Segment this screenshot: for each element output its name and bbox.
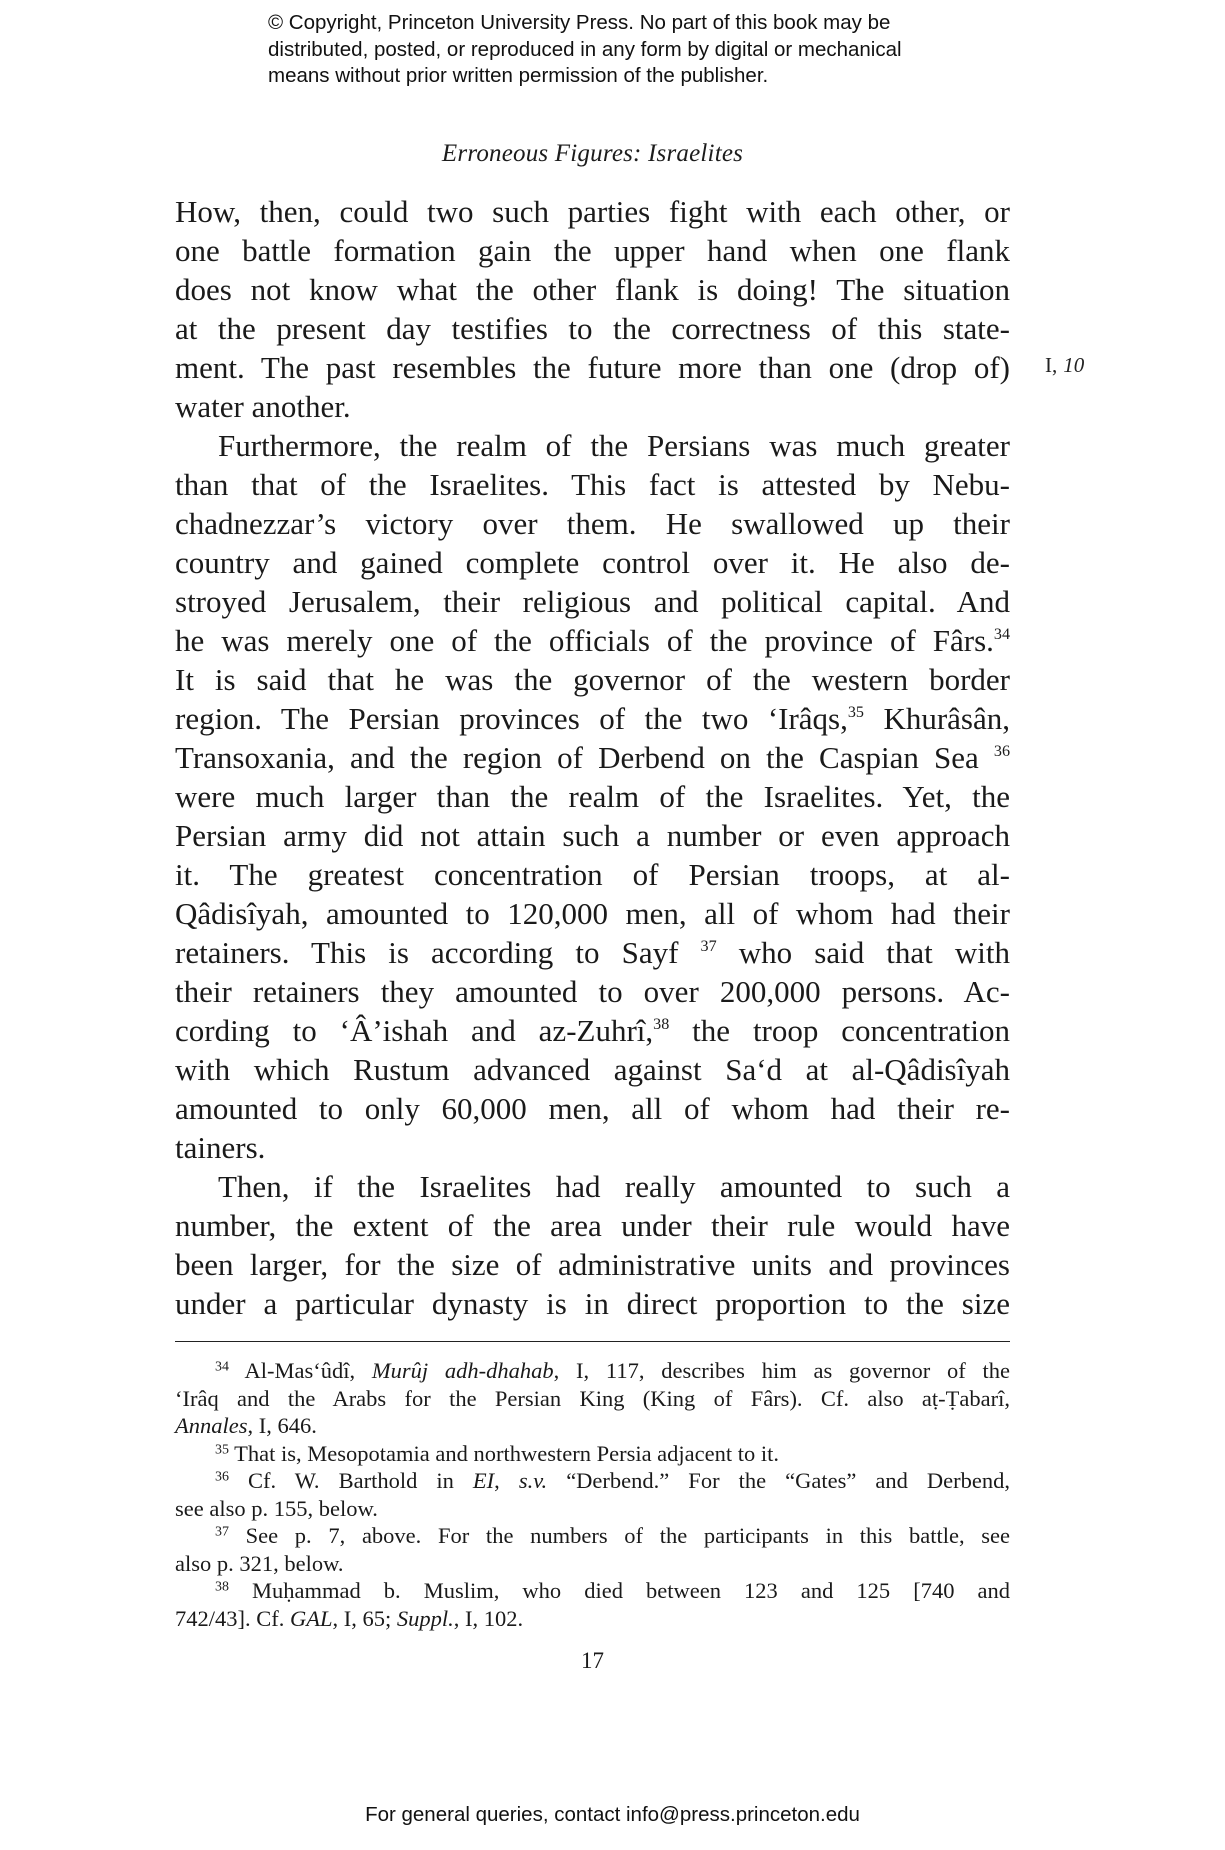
footnote-title-italic: Murûj adh-dhahab: [372, 1358, 554, 1383]
footnote-text: That is, Mesopotamia and northwestern Pe…: [229, 1441, 779, 1466]
body-line: does not know what the other flank is do…: [175, 270, 1010, 309]
footnote-line: also p. 321, below.: [175, 1550, 1010, 1578]
footnote-line: 742/43]. Cf. GAL, I, 65; Suppl., I, 102.: [175, 1605, 1010, 1633]
footnote-abbrev-italic: s.v.: [519, 1468, 547, 1493]
copyright-line: distributed, posted, or reproduced in an…: [268, 37, 988, 64]
footnote-ref-36[interactable]: 36: [994, 743, 1010, 760]
footnote-title-italic: Suppl.: [397, 1606, 454, 1631]
copyright-line: means without prior written permission o…: [268, 63, 988, 90]
footnote-text: , I, 65;: [333, 1606, 397, 1631]
footnote-text: 742/43]. Cf.: [175, 1606, 290, 1631]
body-line: It is said that he was the governor of t…: [175, 660, 1010, 699]
body-line-text: retainers. This is according to Sayf: [175, 935, 701, 970]
footnote-text: ,: [494, 1468, 519, 1493]
footnote-text: “Derbend.” For the “Gates” and Derbend,: [547, 1468, 1010, 1493]
body-line: tainers.: [175, 1128, 1010, 1167]
body-line: he was merely one of the officials of th…: [175, 621, 1010, 660]
body-line: country and gained complete control over…: [175, 543, 1010, 582]
margin-note-volume: I,: [1045, 353, 1057, 377]
body-line: their retainers they amounted to over 20…: [175, 972, 1010, 1011]
body-line-text: region. The Persian provinces of the two…: [175, 701, 848, 736]
body-line: at the present day testifies to the corr…: [175, 309, 1010, 348]
page-number: 17: [175, 1648, 1010, 1674]
copyright-notice: © Copyright, Princeton University Press.…: [268, 10, 988, 90]
body-line: than that of the Israelites. This fact i…: [175, 465, 1010, 504]
margin-note-reference: I,10: [1045, 353, 1084, 378]
body-line: cording to ‘Â’ishah and az-Zuhrî,38 the …: [175, 1011, 1010, 1050]
footnote-line: Annales, I, 646.: [175, 1412, 1010, 1440]
footnote-title-italic: GAL: [290, 1606, 333, 1631]
footnote-number: 35: [215, 1442, 229, 1457]
body-line-text: who said that with: [717, 935, 1010, 970]
body-line: Transoxania, and the region of Derbend o…: [175, 738, 1010, 777]
contact-footer-text: For general queries, contact info@press.…: [365, 1803, 860, 1826]
footnote-34: 34 Al-Mas‘ûdî, Murûj adh-dhahab, I, 117,…: [175, 1357, 1010, 1385]
footnote-38: 38 Muḥammad b. Muslim, who died between …: [175, 1577, 1010, 1605]
body-line: it. The greatest concentration of Persia…: [175, 855, 1010, 894]
running-head: Erroneous Figures: Israelites: [175, 140, 1010, 168]
footnotes: 34 Al-Mas‘ûdî, Murûj adh-dhahab, I, 117,…: [175, 1357, 1010, 1632]
margin-note-page: 10: [1063, 353, 1084, 377]
body-line-text: Transoxania, and the region of Derbend o…: [175, 740, 994, 775]
footnote-36: 36 Cf. W. Barthold in EI, s.v. “Derbend.…: [175, 1467, 1010, 1495]
footnote-number: 34: [215, 1359, 229, 1374]
body-line: Qâdisîyah, amounted to 120,000 men, all …: [175, 894, 1010, 933]
body-line-text: he was merely one of the officials of th…: [175, 623, 994, 658]
footnote-text: Muḥammad b. Muslim, who died between 123…: [229, 1578, 1010, 1603]
contact-footer: For general queries, contact info@press.…: [0, 1803, 1225, 1827]
body-line: with which Rustum advanced against Sa‘d …: [175, 1050, 1010, 1089]
body-line: amounted to only 60,000 men, all of whom…: [175, 1089, 1010, 1128]
body-line: were much larger than the realm of the I…: [175, 777, 1010, 816]
body-line-text: cording to ‘Â’ishah and az-Zuhrî,: [175, 1013, 653, 1048]
footnote-title-italic: Annales: [175, 1413, 248, 1438]
copyright-line: © Copyright, Princeton University Press.…: [268, 10, 988, 37]
footnote-ref-35[interactable]: 35: [848, 704, 864, 721]
body-line: Then, if the Israelites had really amoun…: [175, 1167, 1010, 1206]
footnote-ref-37[interactable]: 37: [701, 938, 717, 955]
body-line: Persian army did not attain such a numbe…: [175, 816, 1010, 855]
body-line: number, the extent of the area under the…: [175, 1206, 1010, 1245]
footnote-ref-34[interactable]: 34: [994, 626, 1010, 643]
body-text: How, then, could two such parties fight …: [175, 192, 1010, 1323]
body-line-text: Khurâsân,: [864, 701, 1010, 736]
body-line-text: the troop concentration: [669, 1013, 1010, 1048]
body-line: under a particular dynasty is in direct …: [175, 1284, 1010, 1323]
body-line: Furthermore, the realm of the Persians w…: [175, 426, 1010, 465]
footnote-number: 36: [215, 1469, 229, 1484]
footnote-number: 38: [215, 1579, 229, 1594]
body-line: been larger, for the size of administrat…: [175, 1245, 1010, 1284]
footnote-number: 37: [215, 1524, 229, 1539]
body-line: retainers. This is according to Sayf 37 …: [175, 933, 1010, 972]
body-line: stroyed Jerusalem, their religious and p…: [175, 582, 1010, 621]
body-line: ment. The past resembles the future more…: [175, 348, 1010, 387]
footnote-37: 37 See p. 7, above. For the numbers of t…: [175, 1522, 1010, 1550]
body-line: region. The Persian provinces of the two…: [175, 699, 1010, 738]
footnote-title-italic: EI: [473, 1468, 494, 1493]
footnote-text: , I, 102.: [454, 1606, 523, 1631]
body-line: How, then, could two such parties fight …: [175, 192, 1010, 231]
body-line: one battle formation gain the upper hand…: [175, 231, 1010, 270]
footnote-text: Al-Mas‘ûdî,: [229, 1358, 372, 1383]
footnote-35: 35 That is, Mesopotamia and northwestern…: [175, 1440, 1010, 1468]
footnote-text: See p. 7, above. For the numbers of the …: [229, 1523, 1010, 1548]
body-line: water another.: [175, 387, 1010, 426]
footnote-text: Cf. W. Barthold in: [229, 1468, 473, 1493]
body-line: chadnezzar’s victory over them. He swall…: [175, 504, 1010, 543]
footnote-line: ‘Irâq and the Arabs for the Persian King…: [175, 1385, 1010, 1413]
footnote-line: see also p. 155, below.: [175, 1495, 1010, 1523]
footnote-text: , I, 117, describes him as governor of t…: [554, 1358, 1010, 1383]
footnote-divider: [175, 1341, 1010, 1342]
footnote-ref-38[interactable]: 38: [653, 1016, 669, 1033]
footnote-text: , I, 646.: [248, 1413, 317, 1438]
